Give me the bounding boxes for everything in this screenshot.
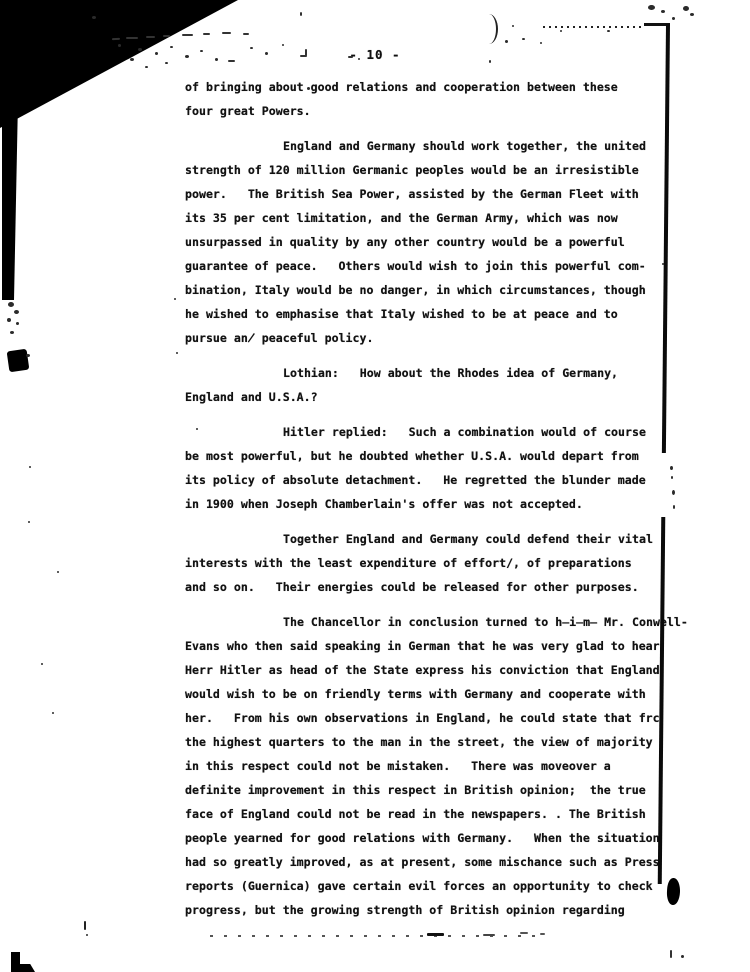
paragraph: of bringing about good relations and coo… [185,75,695,123]
document-line: Herr Hitler as head of the State express… [185,658,695,682]
scan-speck [300,12,302,16]
pencil-dash [348,56,353,58]
scan-speck [92,16,96,19]
paragraph: Together England and Germany could defen… [185,527,695,599]
scan-speck [185,55,189,58]
scan-speck [7,318,11,322]
scan-speck [307,87,310,90]
pencil-dash [540,933,545,935]
scan-speck [358,58,360,60]
scan-speck [28,521,30,523]
scan-speck [282,44,284,46]
pencil-dash [222,32,231,34]
document-line: Evans who then said speaking in German t… [185,634,695,658]
scan-speck [672,17,675,20]
scan-speck [661,10,665,13]
document-line: pursue an̸ peaceful policy. [185,326,695,350]
scan-speck [215,58,218,61]
document-line: progress, but the growing strength of Br… [185,898,695,922]
scan-speck [176,352,178,354]
document-line: England and U.S.A.? [185,385,695,409]
scan-speck [29,466,31,468]
document-line: in 1900 when Joseph Chamberlain's offer … [185,492,695,516]
paragraph: Lothian: How about the Rhodes idea of Ge… [185,361,695,409]
scan-speck [200,50,203,52]
pencil-arc-artifact [480,14,498,44]
ink-blob-artifact [7,349,30,373]
paragraph: The Chancellor in conclusion turned to h… [185,610,695,922]
pencil-dash [112,38,120,40]
scan-speck [174,298,176,300]
document-line: of bringing about good relations and coo… [185,75,695,99]
document-line: reports (Guernica) gave certain evil for… [185,874,695,898]
tick-mark-artifact [84,921,86,930]
document-line: definite improvement in this respect in … [185,778,695,802]
scan-speck [681,955,684,958]
document-line: be most powerful, but he doubted whether… [185,444,695,468]
scan-speck [512,25,514,27]
scan-speck [505,40,508,43]
scan-mark [670,950,672,958]
document-line: unsurpassed in quality by any other coun… [185,230,695,254]
scan-speck [607,30,610,32]
document-body: of bringing about good relations and coo… [185,75,695,933]
scan-speck [86,934,88,936]
document-line: England and Germany should work together… [185,134,695,158]
dotted-line-artifact [543,26,645,28]
scan-speck [489,60,491,63]
document-line: its 35 per cent limitation, and the Germ… [185,206,695,230]
document-line: interests with the least expenditure of … [185,551,695,575]
right-line-gap [660,453,682,517]
scan-speck [671,476,673,479]
document-line: Lothian: How about the Rhodes idea of Ge… [185,361,695,385]
pencil-dash [483,934,495,936]
scan-speck [540,42,542,44]
pencil-dash [146,36,155,38]
paragraph: England and Germany should work together… [185,134,695,350]
document-line: her. From his own observations in Englan… [185,706,695,730]
document-line: four great Powers. [185,99,695,123]
scan-speck [265,52,268,55]
scan-speck [130,58,134,61]
scan-speck [165,62,168,64]
document-line: The Chancellor in conclusion turned to h… [185,610,695,634]
scan-speck [522,38,525,40]
scan-speck [672,490,675,495]
scan-speck [155,52,158,55]
pencil-dash [163,35,170,37]
document-line: guarantee of peace. Others would wish to… [185,254,695,278]
pencil-dash [126,37,138,39]
scan-speck [57,571,59,573]
pencil-dash [427,933,444,936]
scan-speck [26,354,30,357]
scan-speck [16,322,19,325]
document-line: bination, Italy would be no danger, in w… [185,278,695,302]
pencil-dash [305,49,307,56]
scanned-page: - 10 - of bringing about good relations … [0,0,750,972]
scan-speck [118,44,121,47]
pencil-dash [243,33,249,35]
scan-speck [138,48,142,51]
document-line: Together England and Germany could defen… [185,527,695,551]
document-line: and so on. Their energies could be relea… [185,575,695,599]
scan-speck [145,66,148,68]
bottom-corner-blob-foot [11,964,35,972]
document-line: had so greatly improved, as at present, … [185,850,695,874]
paragraph: Hitler replied: Such a combination would… [185,420,695,516]
scan-speck [196,428,198,430]
document-line: power. The British Sea Power, assisted b… [185,182,695,206]
scan-speck [673,505,675,509]
pencil-dash [182,34,193,36]
scan-speck [170,46,173,48]
scan-speck [14,310,19,314]
scan-speck [683,6,689,11]
left-edge-bar-artifact [2,100,18,300]
document-line: the highest quarters to the man in the s… [185,730,695,754]
pencil-dash [520,932,528,934]
scan-speck [10,331,14,334]
pencil-dash [228,60,235,62]
scan-speck [560,30,562,32]
document-line: Hitler replied: Such a combination would… [185,420,695,444]
scan-speck [41,663,43,665]
scan-speck [52,712,54,714]
scan-speck [690,13,694,16]
document-line: its policy of absolute detachment. He re… [185,468,695,492]
document-line: face of England could not be read in the… [185,802,695,826]
scan-speck [250,47,253,49]
document-line: strength of 120 million Germanic peoples… [185,158,695,182]
scan-speck [670,466,673,470]
document-line: people yearned for good relations with G… [185,826,695,850]
scan-speck [662,263,664,265]
document-line: he wished to emphasise that Italy wished… [185,302,695,326]
pencil-dash [203,33,210,35]
document-line: in this respect could not be mistaken. T… [185,754,695,778]
document-line: would wish to be on friendly terms with … [185,682,695,706]
scan-speck [648,5,655,10]
scan-speck [8,302,14,307]
